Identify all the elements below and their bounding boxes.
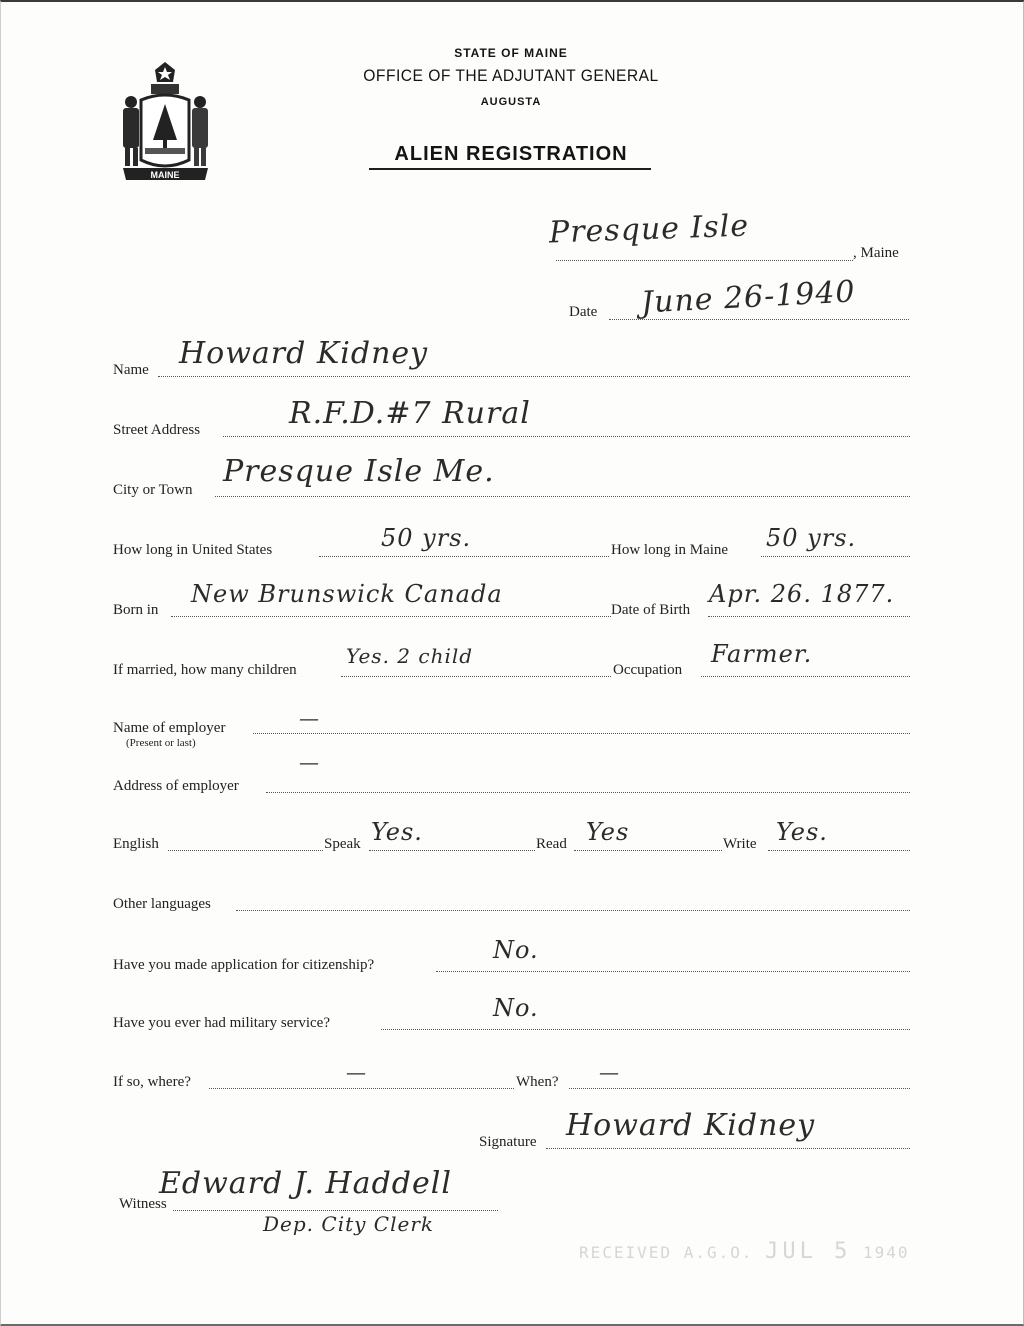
employer-name-sublabel: (Present or last) bbox=[126, 737, 196, 749]
street-address-line bbox=[223, 436, 910, 437]
employer-name-label: Name of employer bbox=[113, 720, 225, 737]
place-suffix-label: , Maine bbox=[853, 245, 899, 262]
header-office: OFFICE OF THE ADJUTANT GENERAL bbox=[318, 66, 704, 86]
date-of-birth-value[interactable]: Apr. 26. 1877. bbox=[709, 580, 894, 608]
where-label: If so, where? bbox=[113, 1074, 191, 1091]
born-in-line bbox=[171, 616, 611, 617]
stamp-date: JUL 5 bbox=[765, 1239, 851, 1264]
employer-address-value[interactable]: — bbox=[299, 750, 320, 774]
name-line bbox=[158, 376, 910, 377]
name-value[interactable]: Howard Kidney bbox=[179, 336, 428, 371]
header-state: STATE OF MAINE bbox=[341, 46, 681, 60]
children-value[interactable]: Yes. 2 child bbox=[346, 644, 473, 668]
where-line bbox=[209, 1088, 514, 1089]
how-long-maine-value[interactable]: 50 yrs. bbox=[766, 524, 856, 552]
stamp-year: 1940 bbox=[863, 1243, 910, 1262]
state-seal-icon: MAINE bbox=[113, 60, 218, 185]
city-label: City or Town bbox=[113, 482, 193, 499]
military-service-line bbox=[381, 1029, 910, 1030]
street-address-value[interactable]: R.F.D.#7 Rural bbox=[289, 396, 531, 431]
write-value[interactable]: Yes. bbox=[776, 818, 828, 846]
other-languages-label: Other languages bbox=[113, 896, 211, 913]
stamp-prefix: RECEIVED A.G.O. bbox=[579, 1243, 754, 1262]
date-of-birth-line bbox=[708, 616, 910, 617]
date-label: Date bbox=[569, 304, 597, 321]
form-title: ALIEN REGISTRATION bbox=[331, 143, 691, 166]
employer-name-line bbox=[253, 733, 910, 734]
witness-line bbox=[173, 1210, 498, 1211]
read-label: Read bbox=[536, 836, 567, 853]
date-value[interactable]: June 26-1940 bbox=[640, 274, 856, 320]
employer-address-label: Address of employer bbox=[113, 778, 239, 795]
speak-value[interactable]: Yes. bbox=[371, 818, 423, 846]
title-underline bbox=[369, 168, 651, 170]
how-long-maine-label: How long in Maine bbox=[611, 542, 728, 559]
read-value[interactable]: Yes bbox=[586, 818, 629, 846]
witness-title: Dep. City Clerk bbox=[263, 1212, 434, 1236]
received-stamp: RECEIVED A.G.O. JUL 5 1940 bbox=[579, 1239, 910, 1264]
street-address-label: Street Address bbox=[113, 422, 200, 439]
english-label: English bbox=[113, 836, 159, 853]
write-line bbox=[768, 850, 910, 851]
occupation-value[interactable]: Farmer. bbox=[711, 640, 812, 668]
born-in-value[interactable]: New Brunswick Canada bbox=[191, 580, 503, 608]
how-long-maine-line bbox=[761, 556, 910, 557]
english-line bbox=[168, 850, 323, 851]
city-line bbox=[215, 496, 910, 497]
citizenship-line bbox=[436, 971, 910, 972]
military-service-label: Have you ever had military service? bbox=[113, 1015, 330, 1032]
occupation-line bbox=[701, 676, 910, 677]
children-label: If married, how many children bbox=[113, 662, 297, 679]
signature-line bbox=[546, 1148, 910, 1149]
how-long-us-line bbox=[319, 556, 609, 557]
how-long-us-value[interactable]: 50 yrs. bbox=[381, 524, 471, 552]
place-value[interactable]: Presque Isle bbox=[548, 209, 749, 251]
how-long-us-label: How long in United States bbox=[113, 542, 272, 559]
born-in-label: Born in bbox=[113, 602, 158, 619]
header-city: AUGUSTA bbox=[341, 96, 681, 108]
name-label: Name bbox=[113, 362, 149, 379]
when-line bbox=[569, 1088, 910, 1089]
registration-form-page: MAINE STATE OF MAINE OFFICE OF THE ADJUT… bbox=[0, 0, 1024, 1326]
employer-name-value[interactable]: — bbox=[299, 706, 320, 730]
other-languages-line bbox=[236, 910, 910, 911]
when-value[interactable]: — bbox=[599, 1060, 620, 1084]
svg-text:MAINE: MAINE bbox=[151, 170, 180, 180]
city-value[interactable]: Presque Isle Me. bbox=[223, 454, 495, 489]
citizenship-value[interactable]: No. bbox=[493, 936, 539, 964]
signature-value[interactable]: Howard Kidney bbox=[566, 1108, 815, 1143]
witness-value[interactable]: Edward J. Haddell bbox=[159, 1166, 452, 1201]
read-line bbox=[574, 850, 722, 851]
employer-address-line bbox=[266, 792, 910, 793]
when-label: When? bbox=[516, 1074, 558, 1091]
speak-label: Speak bbox=[324, 836, 361, 853]
citizenship-label: Have you made application for citizenshi… bbox=[113, 957, 374, 974]
speak-line bbox=[369, 850, 535, 851]
date-of-birth-label: Date of Birth bbox=[611, 602, 690, 619]
signature-label: Signature bbox=[479, 1134, 537, 1151]
write-label: Write bbox=[723, 836, 757, 853]
place-line bbox=[556, 260, 853, 261]
where-value[interactable]: — bbox=[346, 1060, 367, 1084]
children-line bbox=[341, 676, 611, 677]
occupation-label: Occupation bbox=[613, 662, 682, 679]
military-service-value[interactable]: No. bbox=[493, 994, 539, 1022]
